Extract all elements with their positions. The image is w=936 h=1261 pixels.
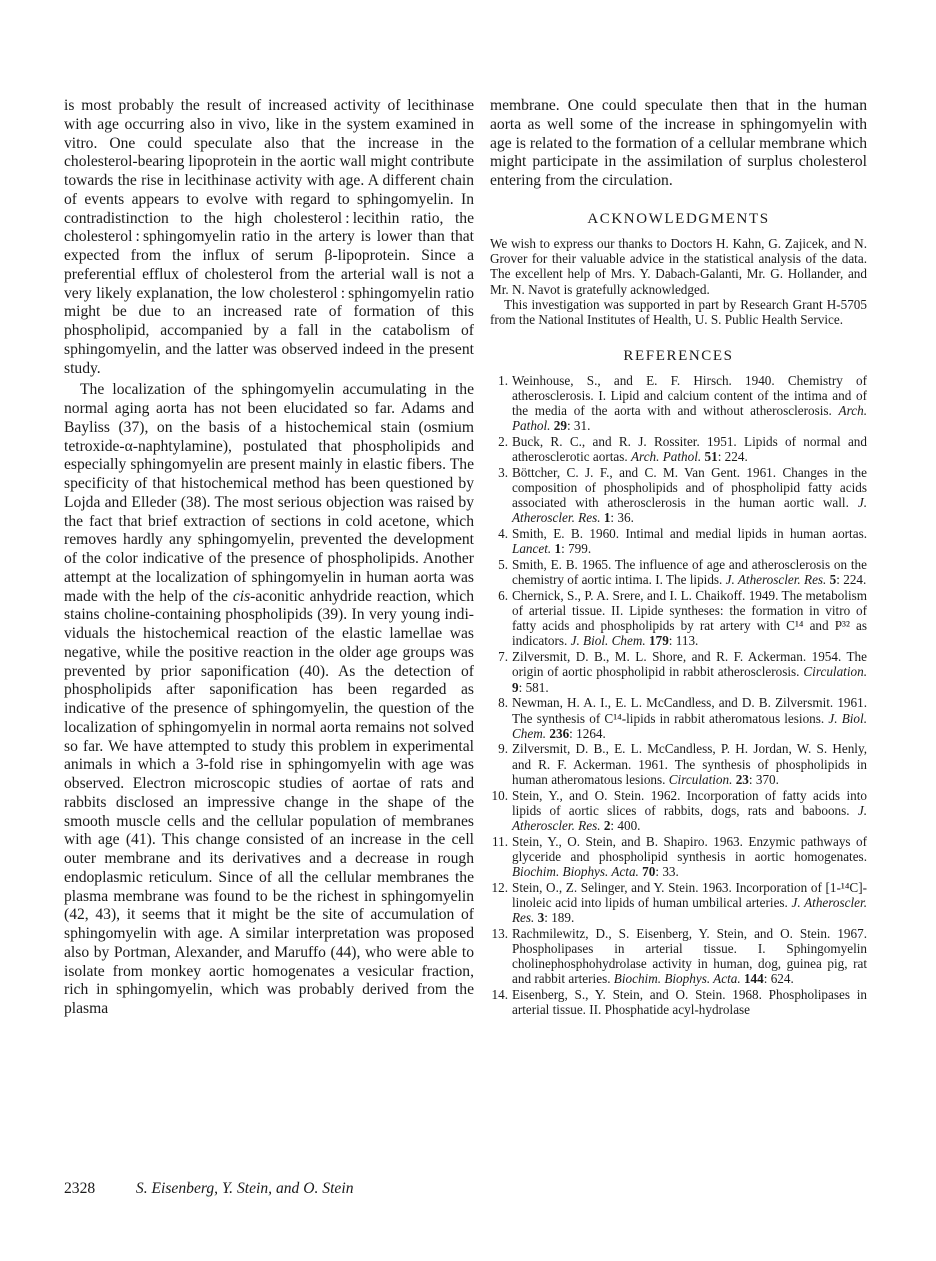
reference-number: 3. (480, 465, 508, 480)
reference-number: 4. (480, 526, 508, 541)
body-paragraph: is most probably the result of increased… (64, 97, 474, 378)
volume: 3 (538, 910, 545, 925)
left-column: is most probably the result of increased… (64, 97, 474, 1019)
volume: 23 (736, 772, 749, 787)
reference-number: 11. (480, 834, 508, 849)
references-section: REFERENCES 1.Weinhouse, S., and E. F. Hi… (490, 348, 867, 1018)
pages: 799. (568, 541, 591, 556)
reference-number: 13. (480, 926, 508, 941)
reference-text: Newman, H. A. I., E. L. McCandless, and … (512, 695, 867, 725)
pages: 400. (617, 818, 640, 833)
reference-item: 12.Stein, O., Z. Selinger, and Y. Stein.… (490, 880, 867, 926)
right-column: membrane. One could speculate then that … (490, 97, 867, 1018)
paragraph-text: The localization of the sphingomyelin ac… (64, 381, 474, 604)
acknowledgments-heading: ACKNOWLEDGMENTS (490, 211, 867, 228)
reference-number: 14. (480, 987, 508, 1002)
body-paragraph: membrane. One could speculate then that … (490, 97, 867, 191)
volume: 5 (830, 572, 837, 587)
reference-item: 4.Smith, E. B. 1960. Intimal and medial … (490, 526, 867, 556)
reference-number: 1. (480, 373, 508, 388)
page-footer: 2328 S. Eisenberg, Y. Stein, and O. Stei… (64, 1180, 354, 1198)
journal-name: Circulation. (669, 772, 733, 787)
reference-item: 13.Rachmilewitz, D., S. Eisenberg, Y. St… (490, 926, 867, 987)
page-number: 2328 (64, 1180, 132, 1198)
body-paragraph: The localization of the sphingomyelin ac… (64, 381, 474, 1019)
reference-item: 2.Buck, R. C., and R. J. Rossiter. 1951.… (490, 434, 867, 464)
journal-name: Biochim. Biophys. Acta. (614, 971, 741, 986)
reference-number: 8. (480, 695, 508, 710)
reference-number: 12. (480, 880, 508, 895)
reference-text: Eisenberg, S., Y. Stein, and O. Stein. 1… (512, 987, 867, 1017)
reference-item: 5.Smith, E. B. 1965. The influence of ag… (490, 557, 867, 587)
pages: 189. (551, 910, 574, 925)
reference-item: 3.Böttcher, C. J. F., and C. M. Van Gent… (490, 465, 867, 526)
volume: 236 (549, 726, 569, 741)
reference-item: 7.Zilversmit, D. B., M. L. Shore, and R.… (490, 649, 867, 695)
reference-number: 2. (480, 434, 508, 449)
pages: 370. (756, 772, 779, 787)
reference-item: 6.Chernick, S., P. A. Srere, and I. L. C… (490, 588, 867, 649)
journal-name: J. Atheroscler. Res. (726, 572, 827, 587)
pages: 113. (676, 633, 699, 648)
reference-list: 1.Weinhouse, S., and E. F. Hirsch. 1940.… (490, 373, 867, 1018)
reference-text: Stein, Y., O. Stein, and B. Shapiro. 196… (512, 834, 867, 864)
references-heading: REFERENCES (490, 348, 867, 365)
volume: 1 (555, 541, 562, 556)
reference-text: Stein, Y., and O. Stein. 1962. Incorpora… (512, 788, 867, 818)
reference-number: 9. (480, 741, 508, 756)
running-authors: S. Eisenberg, Y. Stein, and O. Stein (136, 1180, 354, 1197)
journal-name: Lancet. (512, 541, 551, 556)
acknowledgments-section: ACKNOWLEDGMENTS We wish to express our t… (490, 211, 867, 328)
reference-number: 6. (480, 588, 508, 603)
reference-text: Böttcher, C. J. F., and C. M. Van Gent. … (512, 465, 867, 510)
reference-item: 10.Stein, Y., and O. Stein. 1962. Incorp… (490, 788, 867, 834)
pages: 224. (843, 572, 866, 587)
reference-number: 7. (480, 649, 508, 664)
volume: 70 (642, 864, 655, 879)
pages: 33. (662, 864, 678, 879)
journal-name: Arch. Pathol. (631, 449, 701, 464)
pages: 224. (725, 449, 748, 464)
italic-term: cis (233, 588, 250, 605)
paragraph-text: -aconitic anhydride reaction, which stai… (64, 588, 474, 1018)
volume: 51 (705, 449, 718, 464)
pages: 581. (526, 680, 549, 695)
volume: 1 (604, 510, 611, 525)
volume: 9 (512, 680, 519, 695)
reference-item: 14.Eisenberg, S., Y. Stein, and O. Stein… (490, 987, 867, 1017)
journal-name: J. Biol. Chem. (571, 633, 646, 648)
reference-item: 1.Weinhouse, S., and E. F. Hirsch. 1940.… (490, 373, 867, 434)
journal-name: Biochim. Biophys. Acta. (512, 864, 639, 879)
reference-text: Smith, E. B. 1960. Intimal and medial li… (512, 526, 867, 541)
funding-paragraph: This investigation was supported in part… (490, 297, 867, 328)
volume: 29 (554, 418, 567, 433)
pages: 31. (574, 418, 590, 433)
reference-item: 11.Stein, Y., O. Stein, and B. Shapiro. … (490, 834, 867, 880)
volume: 179 (649, 633, 669, 648)
acknowledgments-paragraph: We wish to express our thanks to Doctors… (490, 236, 867, 297)
pages: 36. (617, 510, 633, 525)
reference-number: 10. (480, 788, 508, 803)
reference-text: Weinhouse, S., and E. F. Hirsch. 1940. C… (512, 373, 867, 418)
journal-page: is most probably the result of increased… (0, 0, 936, 1261)
reference-item: 8.Newman, H. A. I., E. L. McCandless, an… (490, 695, 867, 741)
reference-number: 5. (480, 557, 508, 572)
journal-name: Circulation. (803, 664, 867, 679)
reference-item: 9.Zilversmit, D. B., E. L. McCandless, P… (490, 741, 867, 787)
volume: 2 (604, 818, 611, 833)
pages: 624. (771, 971, 794, 986)
volume: 144 (744, 971, 764, 986)
pages: 1264. (576, 726, 606, 741)
